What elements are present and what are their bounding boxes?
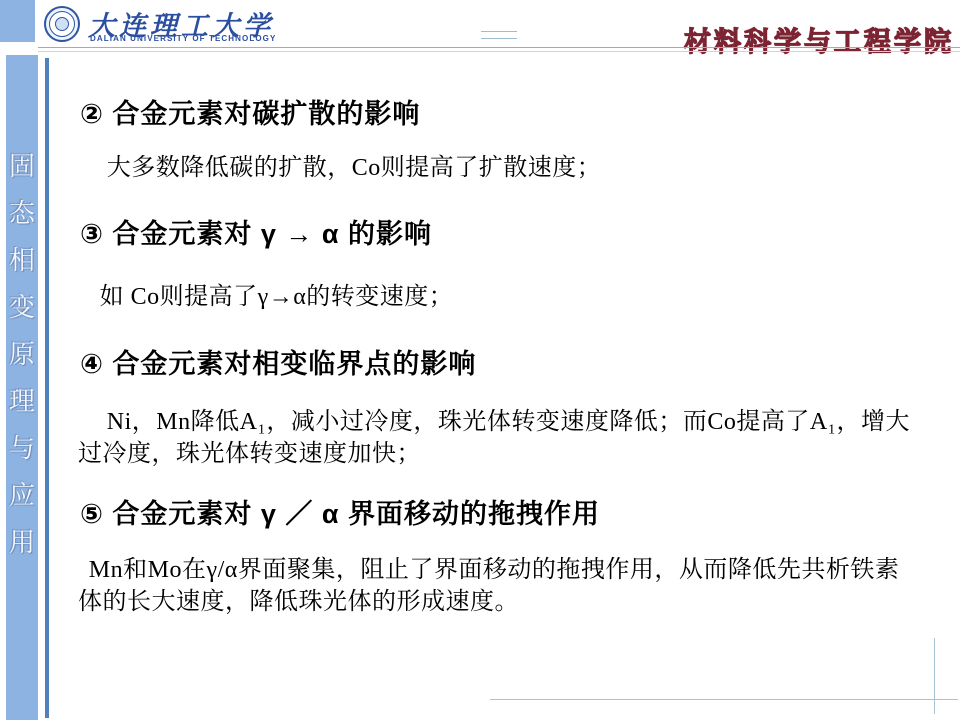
- sidebar-char: 用: [9, 529, 35, 557]
- sidebar-course-title: 固 态 相 变 原 理 与 应 用: [6, 55, 38, 720]
- section-heading-3: ③ 合金元素对 γ → α 的影响: [80, 212, 432, 251]
- slide: 大连理工大学 DALIAN UNIVERSITY OF TECHNOLOGY 材…: [0, 0, 960, 720]
- sidebar-char: 变: [9, 294, 35, 322]
- section-heading-2: ② 合金元素对碳扩散的影响: [80, 92, 420, 131]
- department-name: 材料科学与工程学院: [684, 20, 954, 59]
- sidebar-course-title-chars: 固 态 相 变 原 理 与 应 用: [9, 153, 35, 557]
- footer-rule-vertical: [934, 638, 935, 714]
- header-rule-top: [38, 47, 960, 48]
- sidebar-char: 与: [9, 435, 35, 463]
- header-rule-bottom: [38, 51, 960, 52]
- section-heading-5: ⑤ 合金元素对 γ ／ α 界面移动的拖拽作用: [80, 492, 600, 531]
- sidebar-char: 理: [9, 388, 35, 416]
- sidebar-char: 原: [9, 341, 35, 369]
- header-dash-decoration: [481, 31, 517, 39]
- university-name-en: DALIAN UNIVERSITY OF TECHNOLOGY: [90, 34, 276, 43]
- corner-accent-box: [0, 0, 35, 42]
- section-body-3: 如 Co则提高了γ→α的转变速度；: [78, 281, 912, 313]
- sidebar-char: 固: [9, 153, 35, 181]
- university-logo-icon: [44, 6, 80, 42]
- sidebar-char: 态: [9, 200, 35, 228]
- logo-core: [55, 17, 69, 31]
- sidebar-char: 应: [9, 482, 35, 510]
- section-heading-4: ④ 合金元素对相变临界点的影响: [80, 342, 476, 381]
- section-body-5: Mn和Mo在γ/α界面聚集，阻止了界面移动的拖拽作用，从而降低先共析铁素体的长大…: [78, 554, 912, 618]
- content-left-divider: [45, 58, 49, 718]
- section-body-2: 大多数降低碳的扩散，Co则提高了扩散速度；: [78, 152, 912, 184]
- footer-rule-horizontal: [490, 699, 958, 700]
- section-body-4: Ni，Mn降低A₁，减小过冷度，珠光体转变速度降低；而Co提高了A₁，增大过冷度…: [78, 406, 912, 470]
- sidebar-char: 相: [9, 247, 35, 275]
